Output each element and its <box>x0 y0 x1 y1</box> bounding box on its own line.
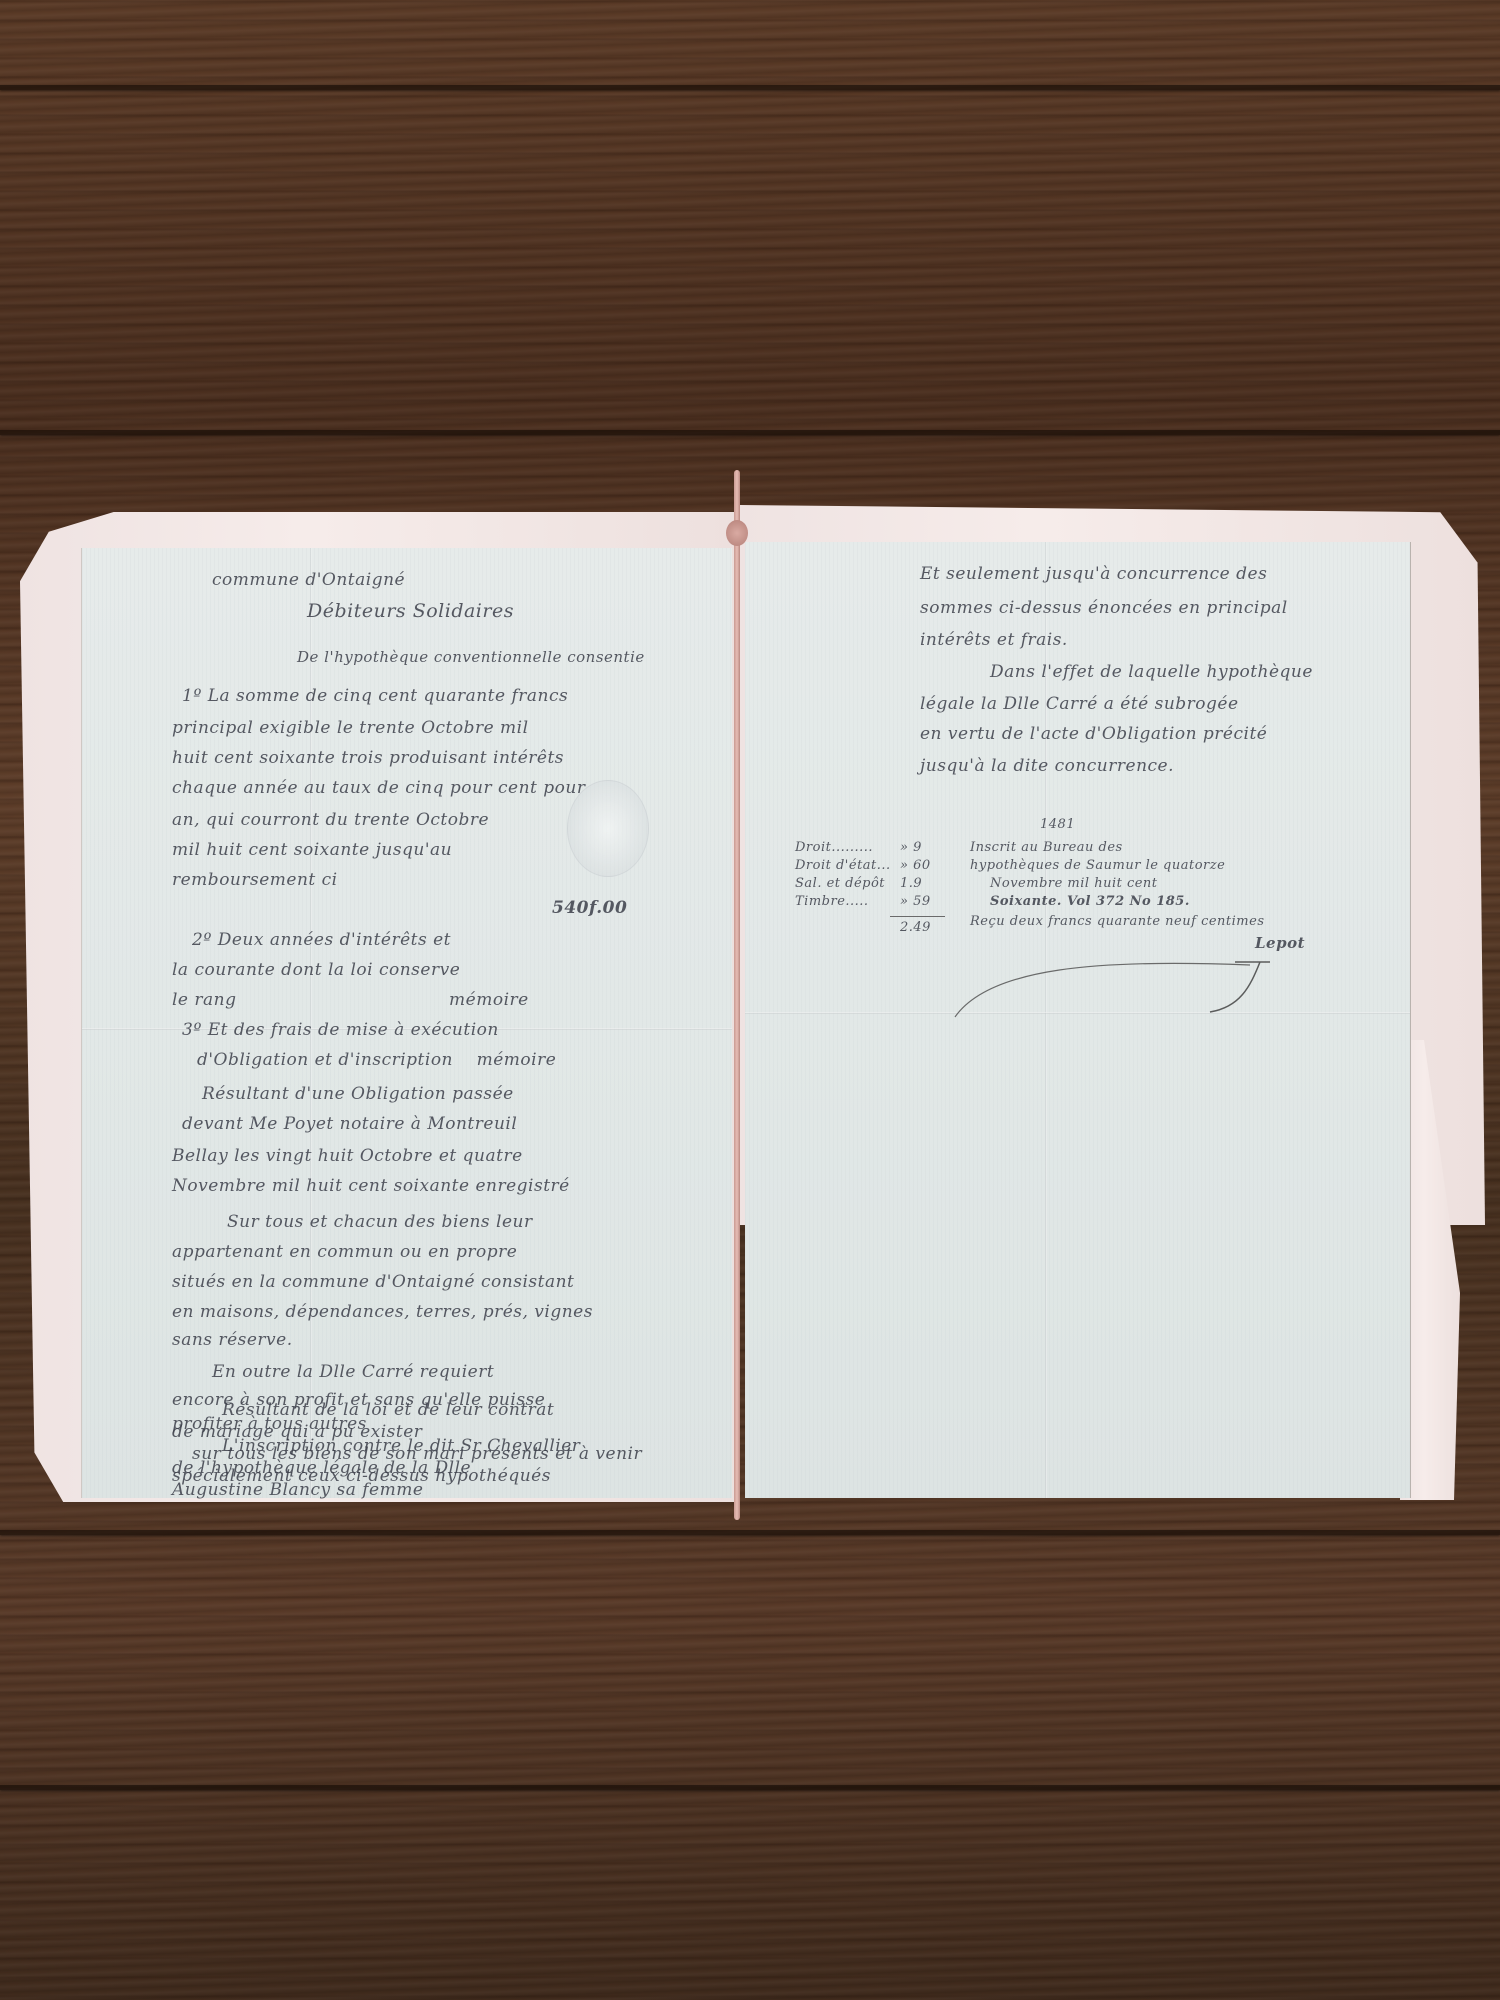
fee-label: Sal. et dépôt <box>795 876 885 891</box>
text-line: Dans l'effet de laquelle hypothèque <box>990 662 1313 682</box>
fee-row: Droit......... » 9 <box>795 840 873 855</box>
note-line: Reçu deux francs quarante neuf centimes <box>970 914 1265 929</box>
signature-flourish-icon <box>950 947 1290 1027</box>
text-line: sommes ci-dessus énoncées en principal <box>920 598 1288 618</box>
text-line: Résultant de la loi et de leur contrat <box>222 1400 554 1420</box>
note-line: Novembre mil huit cent <box>990 876 1158 891</box>
total-amount: 2.49 <box>900 920 931 935</box>
wood-plank-seam <box>0 85 1500 90</box>
text-line: de mariage qui a pu exister <box>172 1422 422 1442</box>
note-line: Soixante. Vol 372 No 185. <box>990 894 1190 909</box>
text-line: spécialement ceux ci-dessus hypothéqués <box>172 1466 551 1486</box>
fee-table: Droit......... » 9 Droit d'état... » 60 … <box>795 840 955 950</box>
fee-amount: » 60 <box>900 858 931 873</box>
text-line: intérêts et frais. <box>920 630 1068 650</box>
wood-plank-seam <box>0 1530 1500 1535</box>
fee-row: Droit d'état... » 60 <box>795 858 891 873</box>
right-page: Et seulement jusqu'à concurrence des som… <box>745 542 1410 1498</box>
fee-row: Timbre..... » 59 <box>795 894 869 909</box>
binding-knot <box>726 520 748 546</box>
note-line: hypothèques de Saumur le quatorze <box>970 858 1225 873</box>
text-line: Et seulement jusqu'à concurrence des <box>920 564 1267 584</box>
total-rule <box>890 916 945 917</box>
note-line: Inscrit au Bureau des <box>970 840 1123 855</box>
fee-label: Droit d'état... <box>795 858 891 873</box>
registration-number: 1481 <box>1040 817 1075 832</box>
binding-string <box>734 470 740 1520</box>
fee-label: Timbre..... <box>795 894 869 909</box>
right-page-text: Et seulement jusqu'à concurrence des som… <box>745 542 1410 1498</box>
fee-amount: » 9 <box>900 840 922 855</box>
fee-amount: 1.9 <box>900 876 922 891</box>
wood-plank-seam <box>0 430 1500 435</box>
fee-amount: » 59 <box>900 894 931 909</box>
text-line: sur tous les biens de son mari présents … <box>192 1444 642 1464</box>
text-line: en vertu de l'acte d'Obligation précité <box>920 724 1267 744</box>
text-line: légale la Dlle Carré a été subrogée <box>920 694 1239 714</box>
left-page-text-tail: Résultant de la loi et de leur contrat d… <box>82 1400 732 1500</box>
fee-label: Droit......... <box>795 840 873 855</box>
text-line: jusqu'à la dite concurrence. <box>920 756 1174 776</box>
wood-plank-seam <box>0 1785 1500 1790</box>
fee-row: Sal. et dépôt 1.9 <box>795 876 885 891</box>
left-page-text-bottom: L'inscription contre le dit Sr Chevallie… <box>82 548 732 1498</box>
